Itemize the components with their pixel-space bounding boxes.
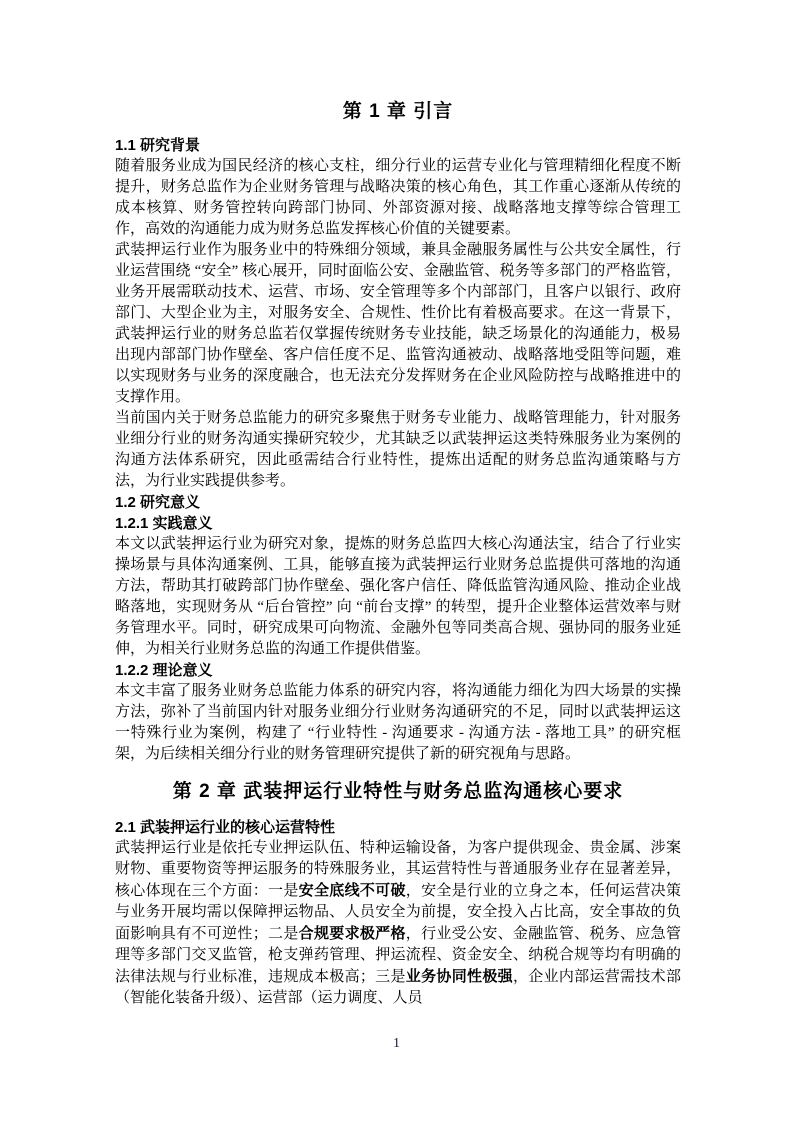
paragraph: 本文以武装押运行业为研究对象，提炼的财务总监四大核心沟通法宝，结合了行业实操场景…: [115, 534, 681, 660]
section-heading: 1.2 研究意义: [115, 492, 681, 513]
paragraph: 当前国内关于财务总监能力的研究多聚焦于财务专业能力、战略管理能力，针对服务业细分…: [115, 408, 681, 492]
text-run: 本文丰富了服务业财务总监能力体系的研究内容，将沟通能力细化为四大场景的实操方法，…: [115, 683, 681, 762]
page-number: 1: [0, 1036, 793, 1052]
section-heading: 1.2.2 理论意义: [115, 660, 681, 681]
bold-term: 业务协同性极强: [406, 968, 513, 985]
chapter-title: 第 2 章 武装押运行业特性与财务总监沟通核心要求: [115, 779, 681, 805]
paragraph: 本文丰富了服务业财务总监能力体系的研究内容，将沟通能力细化为四大场景的实操方法，…: [115, 681, 681, 765]
text-run: 随着服务业成为国民经济的核心支柱，细分行业的运营专业化与管理精细化程度不断提升，…: [115, 158, 681, 237]
text-run: 本文以武装押运行业为研究对象，提炼的财务总监四大核心沟通法宝，结合了行业实操场景…: [115, 536, 681, 657]
chapter-title: 第 1 章 引言: [115, 99, 681, 125]
paragraph: 武装押运行业作为服务业中的特殊细分领域，兼具金融服务属性与公共安全属性，行业运营…: [115, 240, 681, 408]
document-page: 第 1 章 引言1.1 研究背景随着服务业成为国民经济的核心支柱，细分行业的运营…: [0, 0, 793, 1122]
paragraph: 武装押运行业是依托专业押运队伍、特种运输设备，为客户提供现金、贵金属、涉案财物、…: [115, 838, 681, 1009]
section-heading: 1.2.1 实践意义: [115, 513, 681, 534]
text-run: 当前国内关于财务总监能力的研究多聚焦于财务专业能力、战略管理能力，针对服务业细分…: [115, 410, 681, 489]
text-run: 武装押运行业作为服务业中的特殊细分领域，兼具金融服务属性与公共安全属性，行业运营…: [115, 242, 681, 405]
section-heading: 1.1 研究背景: [115, 135, 681, 156]
bold-term: 安全底线不可破: [299, 882, 406, 899]
document-body: 第 1 章 引言1.1 研究背景随着服务业成为国民经济的核心支柱，细分行业的运营…: [115, 97, 681, 1009]
paragraph: 随着服务业成为国民经济的核心支柱，细分行业的运营专业化与管理精细化程度不断提升，…: [115, 156, 681, 240]
section-heading: 2.1 武装押运行业的核心运营特性: [115, 817, 681, 838]
bold-term: 合规要求极严格: [299, 925, 406, 942]
